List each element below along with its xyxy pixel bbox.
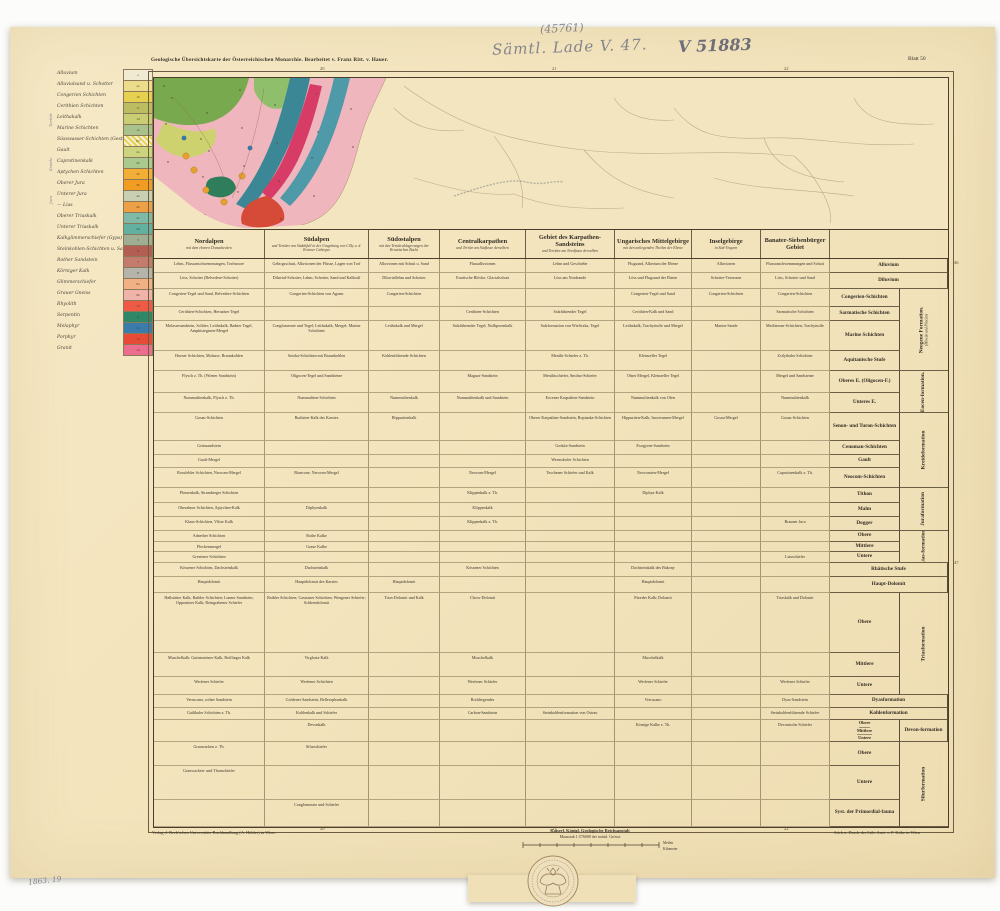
table-cell: Klippenkalk xyxy=(440,503,526,517)
table-cell xyxy=(615,531,692,542)
table-cell: Kössener Schichten, Dachsteinkalk xyxy=(154,563,265,577)
table-cell: Gosau-Mergel xyxy=(692,413,761,441)
table-cell xyxy=(154,720,265,742)
table-header-empty xyxy=(830,230,948,258)
table-cell xyxy=(526,289,615,307)
table-header-cell: Südalpenund Tertiäre am Südabfall in der… xyxy=(265,230,369,258)
table-cell xyxy=(615,552,692,563)
table-cell: Lehm und Geschiebe xyxy=(526,259,615,273)
table-cell xyxy=(615,742,692,766)
handwritten-number: (45761) xyxy=(540,21,584,36)
period-sublabels: ObereMittlereUntere xyxy=(830,720,900,742)
table-cell: Diluvial-Schotter, Lehm; Schotter, Sand … xyxy=(265,273,369,289)
table-cell: Diluviallehm und Schotter xyxy=(369,273,440,289)
legend-item: Caprotinenkalk2b xyxy=(57,157,153,168)
table-cell: Exogyren-Sandstein xyxy=(615,441,692,455)
legend-label: Caprotinenkalk xyxy=(57,159,93,164)
table-cell xyxy=(440,577,526,593)
legend-item: Unterer Jura4a xyxy=(57,190,153,201)
legend-item: Kalkglimmerschiefer (Gyps)5 xyxy=(57,234,153,245)
table-cell xyxy=(154,800,265,827)
graticule-number: 47 xyxy=(954,560,959,565)
scanned-map-sheet: (45761) Sämtl. Lade V. 47. V 51883 1863.… xyxy=(0,0,1000,911)
table-cell: Eocener Karpathen-Sandstein xyxy=(526,393,615,413)
archive-seal-icon xyxy=(516,852,590,910)
graticule-number: 22 xyxy=(784,826,789,831)
legend-item: Glimmerschiefer9a xyxy=(57,278,153,289)
table-cell: Congerien-Schichten xyxy=(692,289,761,307)
table-cell: Rothe Kalke xyxy=(265,531,369,542)
legend-group-label: Tertiär xyxy=(48,113,53,127)
table-cell: Dyas-Sandstein xyxy=(761,695,830,708)
institute-line1: Kaiserl. Königl. Geologische Reichsansta… xyxy=(550,828,629,833)
table-cell xyxy=(615,800,692,827)
graticule-number: 46 xyxy=(954,260,959,265)
table-cell: Brauner Jura xyxy=(761,517,830,531)
table-cell xyxy=(761,577,830,593)
table-cell: Devonkalk xyxy=(265,720,369,742)
table-cell: Ofner Mergel, Kleinzeller Tegel xyxy=(615,371,692,393)
table-cell: Oberalmer Schichten, Aptychen-Kalk xyxy=(154,503,265,517)
table-cell xyxy=(692,488,761,503)
table-cell xyxy=(526,720,615,742)
legend-label: Kalkglimmerschiefer (Gyps) xyxy=(57,236,122,241)
table-cell: Hauptdolomit xyxy=(154,577,265,593)
period-label: Neocom-Schichten xyxy=(830,468,900,488)
table-cell: Conglomerate und Schiefer xyxy=(265,800,369,827)
legend-item: Porphyr13 xyxy=(57,333,153,344)
table-cell xyxy=(369,517,440,531)
table-cell xyxy=(692,351,761,371)
table-cell xyxy=(761,441,830,455)
table-cell xyxy=(692,393,761,413)
legend-label: Körniger Kalk xyxy=(57,269,89,274)
table-cell xyxy=(369,531,440,542)
table-cell xyxy=(369,503,440,517)
table-cell xyxy=(692,552,761,563)
table-cell: Grünsandstein xyxy=(154,441,265,455)
table-cell xyxy=(440,720,526,742)
table-cell: Löss, Schotter und Sand xyxy=(761,273,830,289)
printer-caption: Stich u. Druck der Lith. Anst. v. F. Kök… xyxy=(834,830,920,835)
table-cell xyxy=(692,577,761,593)
legend-item: Alluviuma xyxy=(57,69,153,80)
table-cell xyxy=(265,517,369,531)
table-cell: Magura-Sandstein xyxy=(440,371,526,393)
table-cell xyxy=(761,563,830,577)
table-cell xyxy=(369,800,440,827)
table-cell: Mediterran-Schichten, Trachyttuffe xyxy=(761,321,830,351)
table-cell: Neocom-Mergel xyxy=(440,468,526,488)
period-label: Sarmatische Schichten xyxy=(830,307,900,321)
table-cell xyxy=(692,695,761,708)
period-label: Tithon xyxy=(830,488,900,503)
column-title: Nordalpen xyxy=(194,238,223,245)
legend-item: Marine Schichten1e xyxy=(57,124,153,135)
table-cell: Mergel und Sandsteine xyxy=(761,371,830,393)
legend-item: Cerithien Schichten1c xyxy=(57,102,153,113)
table-cell xyxy=(526,766,615,800)
table-cell: Grestener Schichten xyxy=(154,552,265,563)
period-label: Congerien-Schichten xyxy=(830,289,900,307)
table-cell: Oligocen-Tegel und Sandsteine xyxy=(265,371,369,393)
table-cell: Muschelkalk: Guttensteiner Kalk, Reiflin… xyxy=(154,653,265,677)
table-cell: Liasschiefer xyxy=(761,552,830,563)
table-cell: Salzführender Tegel, Nulliporenkalk xyxy=(440,321,526,351)
legend-label: — Lias xyxy=(57,203,73,208)
table-cell: Nummuliten-Schichten xyxy=(265,393,369,413)
table-cell xyxy=(369,766,440,800)
table-cell xyxy=(692,441,761,455)
table-cell: Leithakalk, Trachyttuffe und Mergel xyxy=(615,321,692,351)
table-cell: Werfener Schiefer xyxy=(761,677,830,695)
table-cell xyxy=(440,542,526,552)
table-cell xyxy=(440,351,526,371)
table-cell: Molassesandstein, Schlier; Leithakalk, B… xyxy=(154,321,265,351)
column-subtitle: mit den Tertiärablagerungen der Kroatisc… xyxy=(371,244,437,253)
table-cell: Löss, Schotter (Belvedere-Schotter) xyxy=(154,273,265,289)
period-label: Senon- und Turon-Schichten xyxy=(830,413,900,441)
table-cell: Horner Schichten, Molasse, Braunkohlen xyxy=(154,351,265,371)
table-cell xyxy=(265,552,369,563)
formation-group-label: Eocen-formation. xyxy=(900,371,948,413)
table-cell xyxy=(369,563,440,577)
table-cell: Werfener Schiefer xyxy=(154,677,265,695)
table-cell xyxy=(761,742,830,766)
table-cell: Congerien-Tegel und Sand, Belvedere-Schi… xyxy=(154,289,265,307)
table-cell xyxy=(369,371,440,393)
table-cell: Congerien-Schichten xyxy=(369,289,440,307)
table-cell: Flussalluvionen xyxy=(440,259,526,273)
table-cell: Wernsdorfer Schichten xyxy=(526,455,615,468)
table-cell xyxy=(526,653,615,677)
table-cell xyxy=(526,563,615,577)
legend-item: Steinkohlen-Schichten u. Sandstein6 xyxy=(57,245,153,256)
table-cell xyxy=(526,593,615,653)
legend-item: Oberer Triaskalk4c xyxy=(57,212,153,223)
table-cell xyxy=(692,677,761,695)
table-cell: Raibler Schichten; Cassianer Schichten; … xyxy=(265,593,369,653)
legend-label: Oberer Jura xyxy=(57,181,85,186)
formation-group-label: Triasformation xyxy=(900,593,948,695)
table-cell xyxy=(526,488,615,503)
table-cell: Schotter-Terrassen xyxy=(692,273,761,289)
legend-label: Rother Sandstein xyxy=(57,258,98,263)
legend-label: Congerien Schichten xyxy=(57,93,106,98)
table-cell xyxy=(692,307,761,321)
table-cell: Salzführender Tegel xyxy=(526,307,615,321)
table-cell: Alluvionen mit Schutt u. Sand xyxy=(369,259,440,273)
table-cell: Klippenkalk z. Th. xyxy=(440,488,526,503)
column-subtitle: und Tertiäre am Südabfall in der Umgebun… xyxy=(267,244,366,253)
table-cell: Nummulitenkalk xyxy=(369,393,440,413)
table-cell xyxy=(526,503,615,517)
period-label: Obere xyxy=(830,593,900,653)
scale-bar: Meilen Kilometer xyxy=(519,839,679,853)
period-label: Diluvium xyxy=(830,273,948,289)
table-cell: Menilit-Schiefer z. Th. xyxy=(526,351,615,371)
table-header-cell: Gebiet des Karpathen-Sandsteinsund Terti… xyxy=(526,230,615,258)
period-label: Aquitanische Stufe xyxy=(830,351,900,371)
table-cell: Neocomien-Mergel xyxy=(615,468,692,488)
table-cell: Grauwacken- und Thonschiefer xyxy=(154,766,265,800)
table-cell xyxy=(761,531,830,542)
table-cell xyxy=(265,766,369,800)
table-header-cell: Ungarisches Mittelgebirgemit den anliege… xyxy=(615,230,692,258)
table-cell: Hippuritenkalk xyxy=(369,413,440,441)
table-cell: Diphyenkalk xyxy=(265,503,369,517)
table-header-cell: Banater-Siebenbürger Gebiet xyxy=(761,230,830,258)
table-cell: Salzformation von Wieliczka, Tegel xyxy=(526,321,615,351)
table-cell xyxy=(615,766,692,800)
table-cell: Chocs-Dolomit xyxy=(440,593,526,653)
legend-label: Unterer Jura xyxy=(57,192,87,197)
table-cell: Grödener Sandstein, Bellerophonkalk xyxy=(265,695,369,708)
sheet-title: Geologische Übersichtskarte der Österrei… xyxy=(151,57,388,63)
formation-group-label: Silurformation xyxy=(900,742,948,827)
institute-caption: Kaiserl. Königl. Geologische Reichsansta… xyxy=(500,828,680,839)
column-title: Banater-Siebenbürger Gebiet xyxy=(763,237,827,251)
legend-item: Unterer Triaskalk4d xyxy=(57,223,153,234)
legend-item: Serpentin11 xyxy=(57,311,153,322)
table-cell xyxy=(369,695,440,708)
table-cell: Gosau-Schichten xyxy=(154,413,265,441)
table-cell: Muschelkalk xyxy=(615,653,692,677)
table-cell xyxy=(761,455,830,468)
table-cell xyxy=(692,593,761,653)
table-cell xyxy=(692,708,761,720)
table-cell: Marine Sande xyxy=(692,321,761,351)
table-cell: Dachsteinkalk des Bakony xyxy=(615,563,692,577)
table-cell xyxy=(440,441,526,455)
table-cell: Carbon-Sandstein xyxy=(440,708,526,720)
table-cell xyxy=(761,503,830,517)
table-cell xyxy=(761,766,830,800)
table-cell xyxy=(615,503,692,517)
table-cell: Caprotinenkalk z. Th. xyxy=(761,468,830,488)
column-subtitle: und Tertiär am Südfusse derselben xyxy=(456,246,509,250)
table-cell xyxy=(526,742,615,766)
table-cell xyxy=(692,742,761,766)
table-cell xyxy=(615,455,692,468)
scale-line: Maasstab 1:576000 der natürl. Grösse xyxy=(560,834,621,839)
graticule-number: 20 xyxy=(320,826,325,831)
legend-item: Körniger Kalk8 xyxy=(57,267,153,278)
table-cell xyxy=(692,653,761,677)
legend-label: Alluvium xyxy=(57,71,78,76)
table-cell: Virgloria-Kalk xyxy=(265,653,369,677)
graticule-number: 22 xyxy=(784,66,789,71)
table-cell xyxy=(526,531,615,542)
table-body: Lehm, Flussanschwemmungen, TorfmooreGebi… xyxy=(154,259,948,827)
legend-item: Oberer Jura3b xyxy=(57,179,153,190)
table-cell: Kössener Schichten xyxy=(440,563,526,577)
table-cell: Sotzka-Schichten mit Braunkohlen xyxy=(265,351,369,371)
table-cell xyxy=(265,455,369,468)
table-cell: Godula-Sandstein xyxy=(526,441,615,455)
table-cell: Zsilythaler Schichten xyxy=(761,351,830,371)
period-label: Gault xyxy=(830,455,900,468)
column-title: Centralkarpathen xyxy=(458,238,507,245)
legend-label: Grauer Gneiss xyxy=(57,291,90,296)
table-cell: Werfener Schichten xyxy=(265,677,369,695)
table-cell xyxy=(761,542,830,552)
table-cell xyxy=(440,289,526,307)
table-cell xyxy=(526,542,615,552)
formation-group-label: Juraformation xyxy=(900,488,948,531)
period-label: Untere xyxy=(830,552,900,563)
table-cell xyxy=(692,542,761,552)
table-cell: Löss am Nordrande xyxy=(526,273,615,289)
table-cell xyxy=(692,503,761,517)
handwritten-pencil-mark: 1863. 19 xyxy=(28,874,62,886)
table-cell: Nummulitenkalk xyxy=(761,393,830,413)
table-cell xyxy=(692,468,761,488)
table-cell xyxy=(692,766,761,800)
table-cell xyxy=(265,307,369,321)
legend-item: Congerien Schichten1b xyxy=(57,91,153,102)
table-cell xyxy=(369,720,440,742)
table-cell: Gault-Mergel xyxy=(154,455,265,468)
table-cell: Rossfelder Schichten, Neocom-Mergel xyxy=(154,468,265,488)
table-cell xyxy=(692,531,761,542)
table-cell: Gailthaler Schichten z. Th. xyxy=(154,708,265,720)
table-cell: Klippenkalk z. Th. xyxy=(440,517,526,531)
table-cell: Leithakalk und Mergel xyxy=(369,321,440,351)
formation-group-label: Neogene Formation.(Miocän und Pliocän) xyxy=(900,289,948,371)
legend-label: Cerithien Schichten xyxy=(57,104,104,109)
table-cell xyxy=(369,552,440,563)
table-cell xyxy=(440,552,526,563)
column-subtitle: mit den anliegenden Theilen der Ebene xyxy=(623,246,683,250)
table-cell: Dachsteinkalk xyxy=(265,563,369,577)
column-title: Gebiet des Karpathen-Sandsteins xyxy=(528,234,612,248)
table-cell xyxy=(692,720,761,742)
table-cell: Alluvionen xyxy=(692,259,761,273)
table-cell: Flugsand, Alluvium der Ebene xyxy=(615,259,692,273)
table-cell: Hallstätter Kalk; Raibler Schichten; Lun… xyxy=(154,593,265,653)
legend-item: Leithakalk1d xyxy=(57,113,153,124)
period-label: Kohlenformation xyxy=(830,708,948,720)
table-cell: Congerien-Tegel und Sand xyxy=(615,289,692,307)
legend-item: Melaphyr12 xyxy=(57,322,153,333)
column-title: Südostalpen xyxy=(387,236,420,243)
table-cell xyxy=(440,766,526,800)
period-label: Malm xyxy=(830,503,900,517)
table-cell: Erratische Blöcke, Glacialschutt xyxy=(440,273,526,289)
table-cell xyxy=(440,531,526,542)
legend-item: — Lias4b xyxy=(57,201,153,212)
period-label: Alluvium xyxy=(830,259,948,273)
graticule-number: 20 xyxy=(320,66,325,71)
table-cell xyxy=(526,577,615,593)
legend-label: Serpentin xyxy=(57,313,80,318)
table-cell xyxy=(369,653,440,677)
graticule-number: 21 xyxy=(552,66,557,71)
table-cell: Diphya-Kalk xyxy=(615,488,692,503)
table-cell: Biancone, Neocom-Mergel xyxy=(265,468,369,488)
table-header-row: Nordalpenmit dem ebenen DonaubeckenSüdal… xyxy=(154,229,948,259)
legend-label: Unterer Triaskalk xyxy=(57,225,99,230)
legend-label: Leithakalk xyxy=(57,115,82,120)
table-cell xyxy=(369,708,440,720)
table-cell: Congerien-Schichten xyxy=(761,289,830,307)
geological-map-fragment xyxy=(154,78,948,229)
table-cell: Congerien-Schichten von Agram xyxy=(265,289,369,307)
table-cell xyxy=(440,800,526,827)
table-cell: Nummulitenkalk und Sandstein xyxy=(440,393,526,413)
table-cell: Werfener Schiefer xyxy=(615,677,692,695)
table-cell: Steinkohlenformation von Ostrau xyxy=(526,708,615,720)
table-cell: Nummulitenkalk, Flysch z. Th. xyxy=(154,393,265,413)
svg-text:Meilen: Meilen xyxy=(663,841,673,845)
table-cell: Klaus-Schichten, Vilser Kalk xyxy=(154,517,265,531)
table-cell xyxy=(440,455,526,468)
table-cell: Conglomerate und Tegel; Leithakalk, Merg… xyxy=(265,321,369,351)
legend-item: Granit14 xyxy=(57,344,153,355)
legend-label: Porphyr xyxy=(57,335,76,340)
handwritten-inventory-number: V 51883 xyxy=(678,35,752,57)
legend-label: Melaphyr xyxy=(57,324,79,329)
legend-item: Rhyolith10 xyxy=(57,300,153,311)
table-cell xyxy=(692,800,761,827)
table-cell: Hauptdolomit des Karstes xyxy=(265,577,369,593)
legend-item: Rother Sandstein7 xyxy=(57,256,153,267)
period-label: Oberes E. (Oligocen-F.) xyxy=(830,371,900,393)
table-cell: Hauptdolomit xyxy=(369,577,440,593)
column-subtitle: und Tertiäre am Nordfusse derselben xyxy=(542,249,598,253)
table-cell xyxy=(526,677,615,695)
legend-item: Gault2a xyxy=(57,146,153,157)
table-cell xyxy=(615,542,692,552)
table-cell: Kohlenführende Schichten xyxy=(369,351,440,371)
table-cell xyxy=(761,800,830,827)
legend-label: Gault xyxy=(57,148,70,153)
period-label: Dyasformation xyxy=(830,695,948,708)
table-cell: Kleinzeller Tegel xyxy=(615,351,692,371)
column-title: Südalpen xyxy=(304,236,330,243)
legend-label: Rhyolith xyxy=(57,302,77,307)
table-cell xyxy=(692,517,761,531)
table-cell: Sarmatische Schichten xyxy=(761,307,830,321)
table-cell xyxy=(369,455,440,468)
column-subtitle: mit dem ebenen Donaubecken xyxy=(186,246,232,250)
table-cell xyxy=(369,307,440,321)
table-cell xyxy=(265,441,369,455)
table-cell: Verrucano xyxy=(615,695,692,708)
table-cell xyxy=(692,371,761,393)
table-cell xyxy=(526,800,615,827)
period-label: Cenoman-Schichten xyxy=(830,441,900,455)
table-header-cell: Inselgebirgein Süd-Ungarn xyxy=(692,230,761,258)
period-label: Mittlere xyxy=(830,542,900,552)
legend-item: Aptychen Schichten3a xyxy=(57,168,153,179)
sheet-number: Blatt 50 xyxy=(908,56,926,62)
table-cell: Plassenkalk, Stramberger Schichten xyxy=(154,488,265,503)
table-cell: Fleckenmergel xyxy=(154,542,265,552)
table-cell: Silurschiefer xyxy=(265,742,369,766)
table-cell: Füreder Kalk; Dolomit xyxy=(615,593,692,653)
legend-item: Süsswasser-Schichten (Gesteine)1b² xyxy=(57,135,153,146)
table-cell: Kohlenkalk und Schiefer xyxy=(265,708,369,720)
table-cell xyxy=(692,455,761,468)
table-cell: Devonische Schiefer xyxy=(761,720,830,742)
table-cell: Werfener Schiefer xyxy=(440,677,526,695)
period-sublabel: Mittlere xyxy=(857,728,872,736)
legend-label: Marine Schichten xyxy=(57,126,98,131)
legend-label: Alluvialsand u. Schotter xyxy=(57,82,113,87)
period-label: Obere xyxy=(830,531,900,542)
